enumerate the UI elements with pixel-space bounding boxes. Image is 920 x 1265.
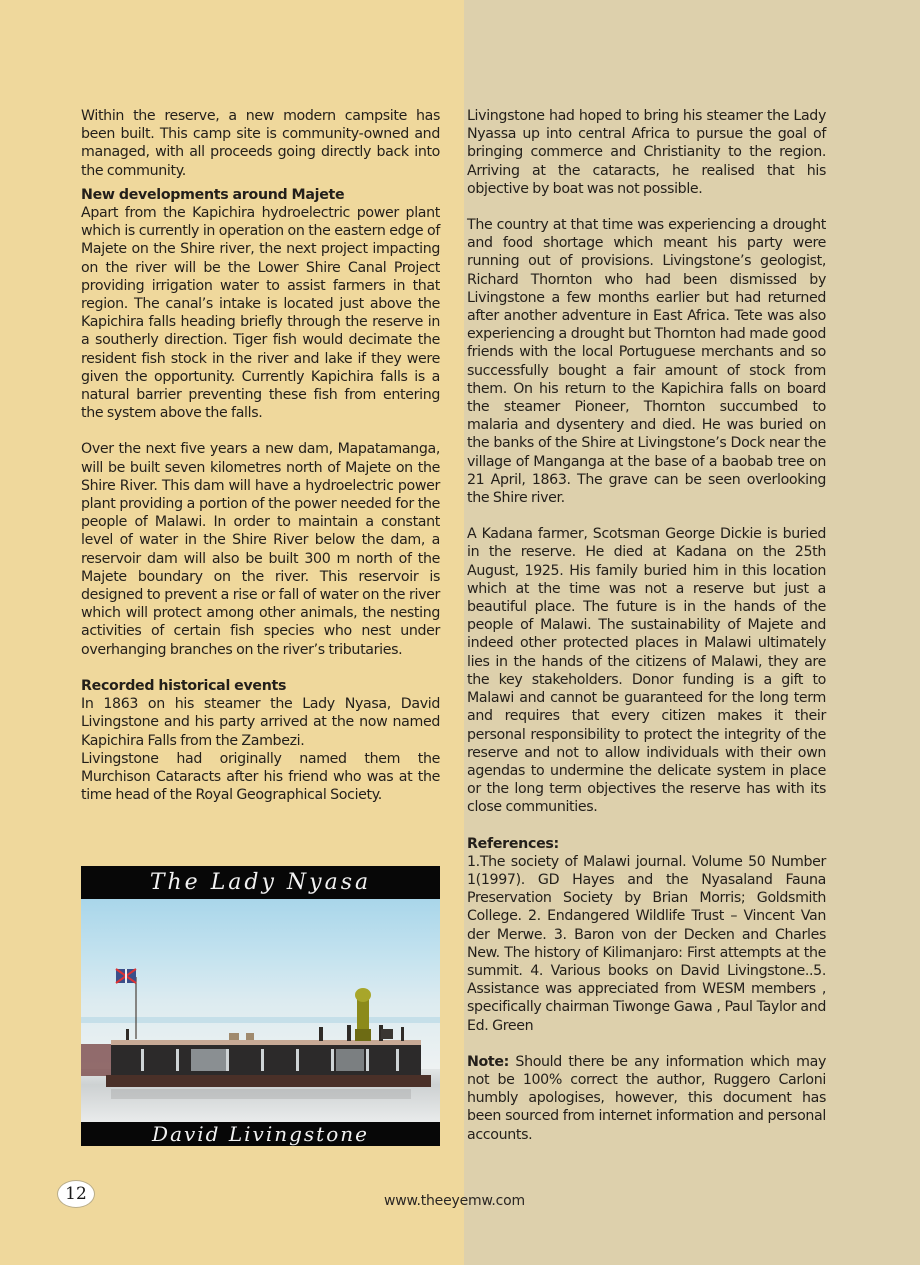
spacer: [467, 1035, 826, 1053]
photo-caption-top: The Lady Nyasa: [81, 866, 440, 899]
references-text: 1.The society of Malawi journal. Volume …: [467, 853, 826, 1035]
body-paragraph: Over the next five years a new dam, Mapa…: [81, 440, 440, 658]
photo-caption-bottom: David Livingstone: [81, 1122, 440, 1146]
website-url: www.theeyemw.com: [384, 1193, 525, 1209]
body-paragraph: Livingstone had hoped to bring his steam…: [467, 107, 826, 198]
body-paragraph: Apart from the Kapichira hydroelectric p…: [81, 204, 440, 422]
references-heading: References:: [467, 835, 826, 853]
page-number: 12: [57, 1180, 95, 1208]
section-heading-historical-events: Recorded historical events: [81, 677, 440, 695]
spacer: [467, 198, 826, 216]
lady-nyasa-photo: The Lady Nyasa David Livingstone: [81, 866, 440, 1146]
right-column: Livingstone had hoped to bring his steam…: [467, 107, 826, 1144]
spacer: [81, 659, 440, 677]
spacer: [467, 507, 826, 525]
spacer: [467, 817, 826, 835]
note-label: Note:: [467, 1054, 509, 1070]
intro-paragraph: Within the reserve, a new modern campsit…: [81, 107, 440, 180]
body-paragraph: The country at that time was experiencin…: [467, 216, 826, 507]
left-column: Within the reserve, a new modern campsit…: [81, 107, 440, 804]
body-paragraph: In 1863 on his steamer the Lady Nyasa, D…: [81, 695, 440, 750]
body-paragraph: Livingstone had originally named them th…: [81, 750, 440, 805]
note-text: Should there be any information which ma…: [467, 1054, 826, 1143]
note-paragraph: Note: Should there be any information wh…: [467, 1053, 826, 1144]
section-heading-new-developments: New developments around Majete: [81, 186, 440, 204]
spacer: [81, 422, 440, 440]
body-paragraph: A Kadana farmer, Scotsman George Dickie …: [467, 525, 826, 816]
steamer-illustration-icon: [81, 899, 440, 1122]
